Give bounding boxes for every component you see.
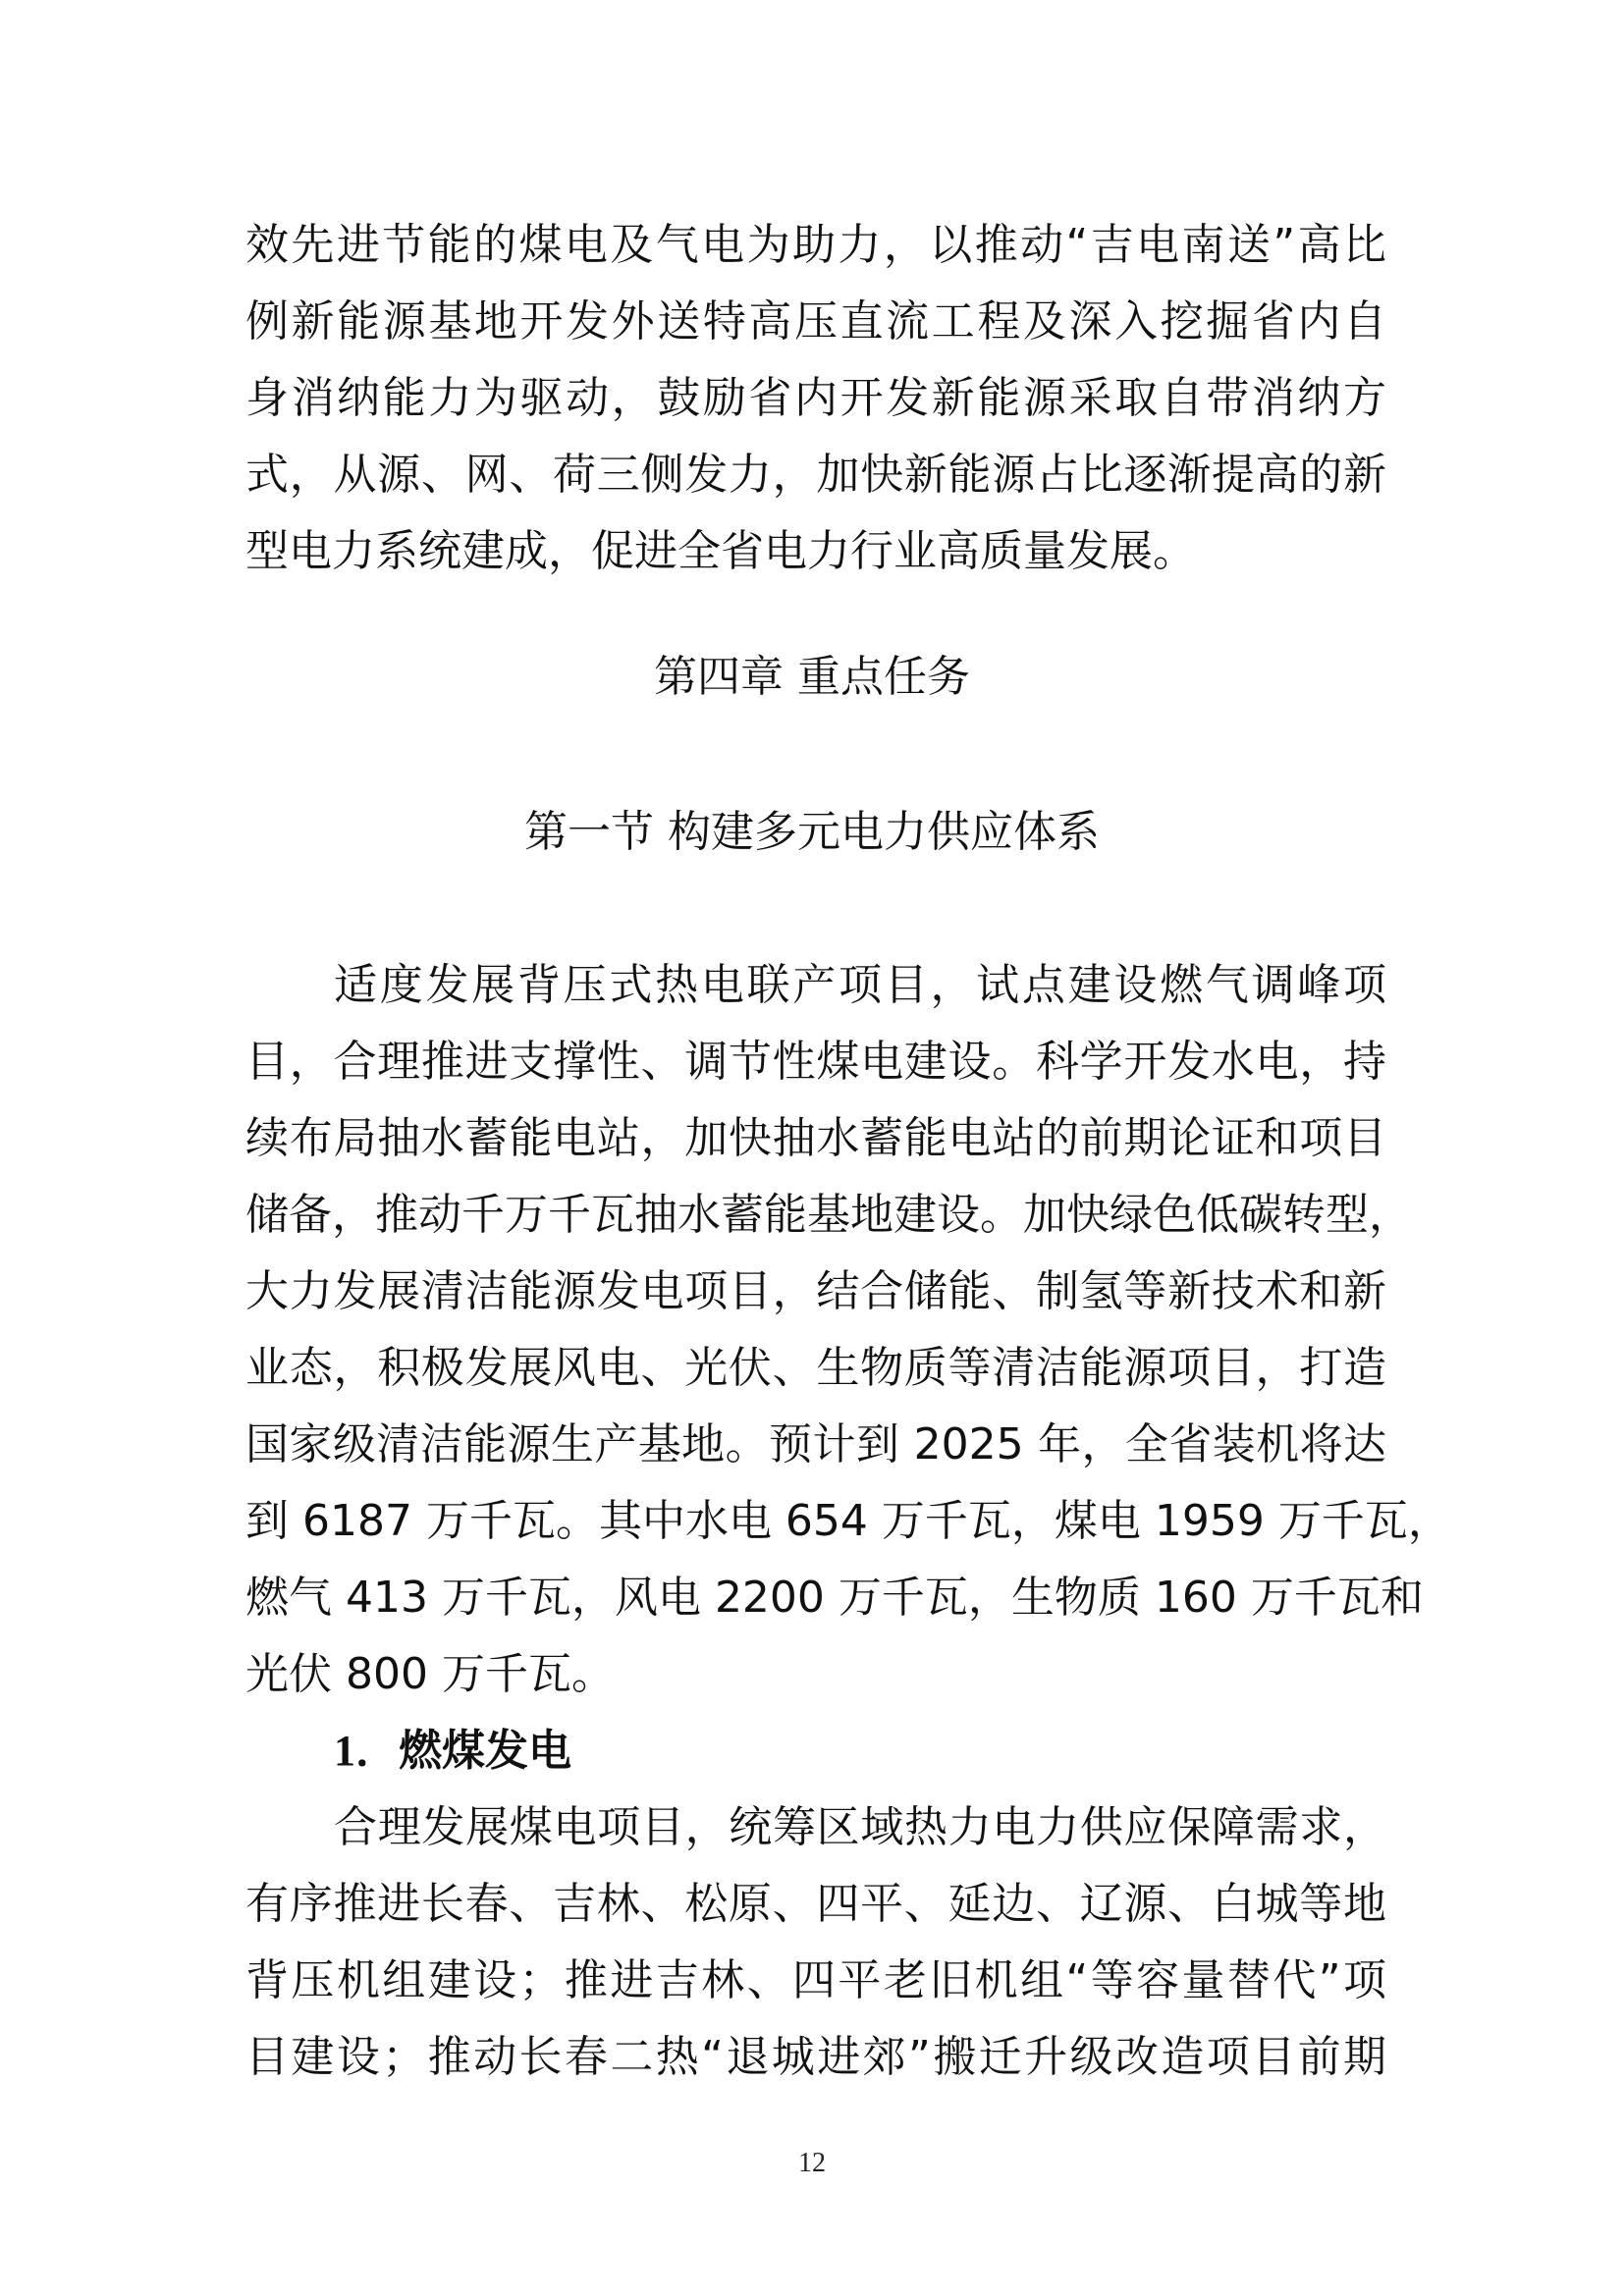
subsection-line-1: 合理发展煤电项目，统筹区域热力电力供应保障需求， <box>334 1800 1386 1855</box>
subsection-line-4: 目建设；推动长春二热“退城进郊”搬迁升级改造项目前期 <box>245 2030 1386 2085</box>
section-line-4: 储备，推动千万千瓦抽水蓄能基地建设。加快绿色低碳转型， <box>245 1188 1386 1243</box>
section-line-8: 到 6187 万千瓦。其中水电 654 万千瓦，煤电 1959 万千瓦， <box>245 1494 1386 1549</box>
section-line-7: 国家级清洁能源生产基地。预计到 2025 年，全省装机将达 <box>245 1417 1386 1472</box>
intro-line-3: 身消纳能力为驱动，鼓励省内开发新能源采取自带消纳方 <box>245 371 1386 426</box>
section-line-1: 适度发展背压式热电联产项目，试点建设燃气调峰项 <box>334 958 1386 1013</box>
intro-line-4: 式，从源、网、荷三侧发力，加快新能源占比逐渐提高的新 <box>245 448 1386 503</box>
subsection-heading: 1．燃煤发电 <box>334 1724 571 1779</box>
section-line-3: 续布局抽水蓄能电站，加快抽水蓄能电站的前期论证和项目 <box>245 1111 1386 1166</box>
subsection-line-3: 背压机组建设；推进吉林、四平老旧机组“等容量替代”项 <box>245 1953 1386 2008</box>
document-page: 效先进节能的煤电及气电为助力，以推动“吉电南送”高比 例新能源基地开发外送特高压… <box>0 0 1624 2296</box>
subsection-line-2: 有序推进长春、吉林、松原、四平、延边、辽源、白城等地 <box>245 1877 1386 1932</box>
section-line-2: 目，合理推进支撑性、调节性煤电建设。科学开发水电，持 <box>245 1035 1386 1090</box>
intro-line-1: 效先进节能的煤电及气电为助力，以推动“吉电南送”高比 <box>245 218 1386 273</box>
section-line-9: 燃气 413 万千瓦，风电 2200 万千瓦，生物质 160 万千瓦和 <box>245 1571 1386 1626</box>
intro-line-2: 例新能源基地开发外送特高压直流工程及深入挖掘省内自 <box>245 294 1386 349</box>
page-number: 12 <box>0 2148 1624 2179</box>
section-line-5: 大力发展清洁能源发电项目，结合储能、制氢等新技术和新 <box>245 1264 1386 1319</box>
section-heading: 第一节 构建多元电力供应体系 <box>0 805 1624 860</box>
section-line-10: 光伏 800 万千瓦。 <box>245 1647 1386 1702</box>
section-line-6: 业态，积极发展风电、光伏、生物质等清洁能源项目，打造 <box>245 1341 1386 1396</box>
subsection-number: 1． <box>334 1727 399 1775</box>
chapter-heading: 第四章 重点任务 <box>0 650 1624 705</box>
subsection-title: 燃煤发电 <box>399 1726 571 1776</box>
intro-line-5: 型电力系统建成，促进全省电力行业高质量发展。 <box>245 524 1386 579</box>
